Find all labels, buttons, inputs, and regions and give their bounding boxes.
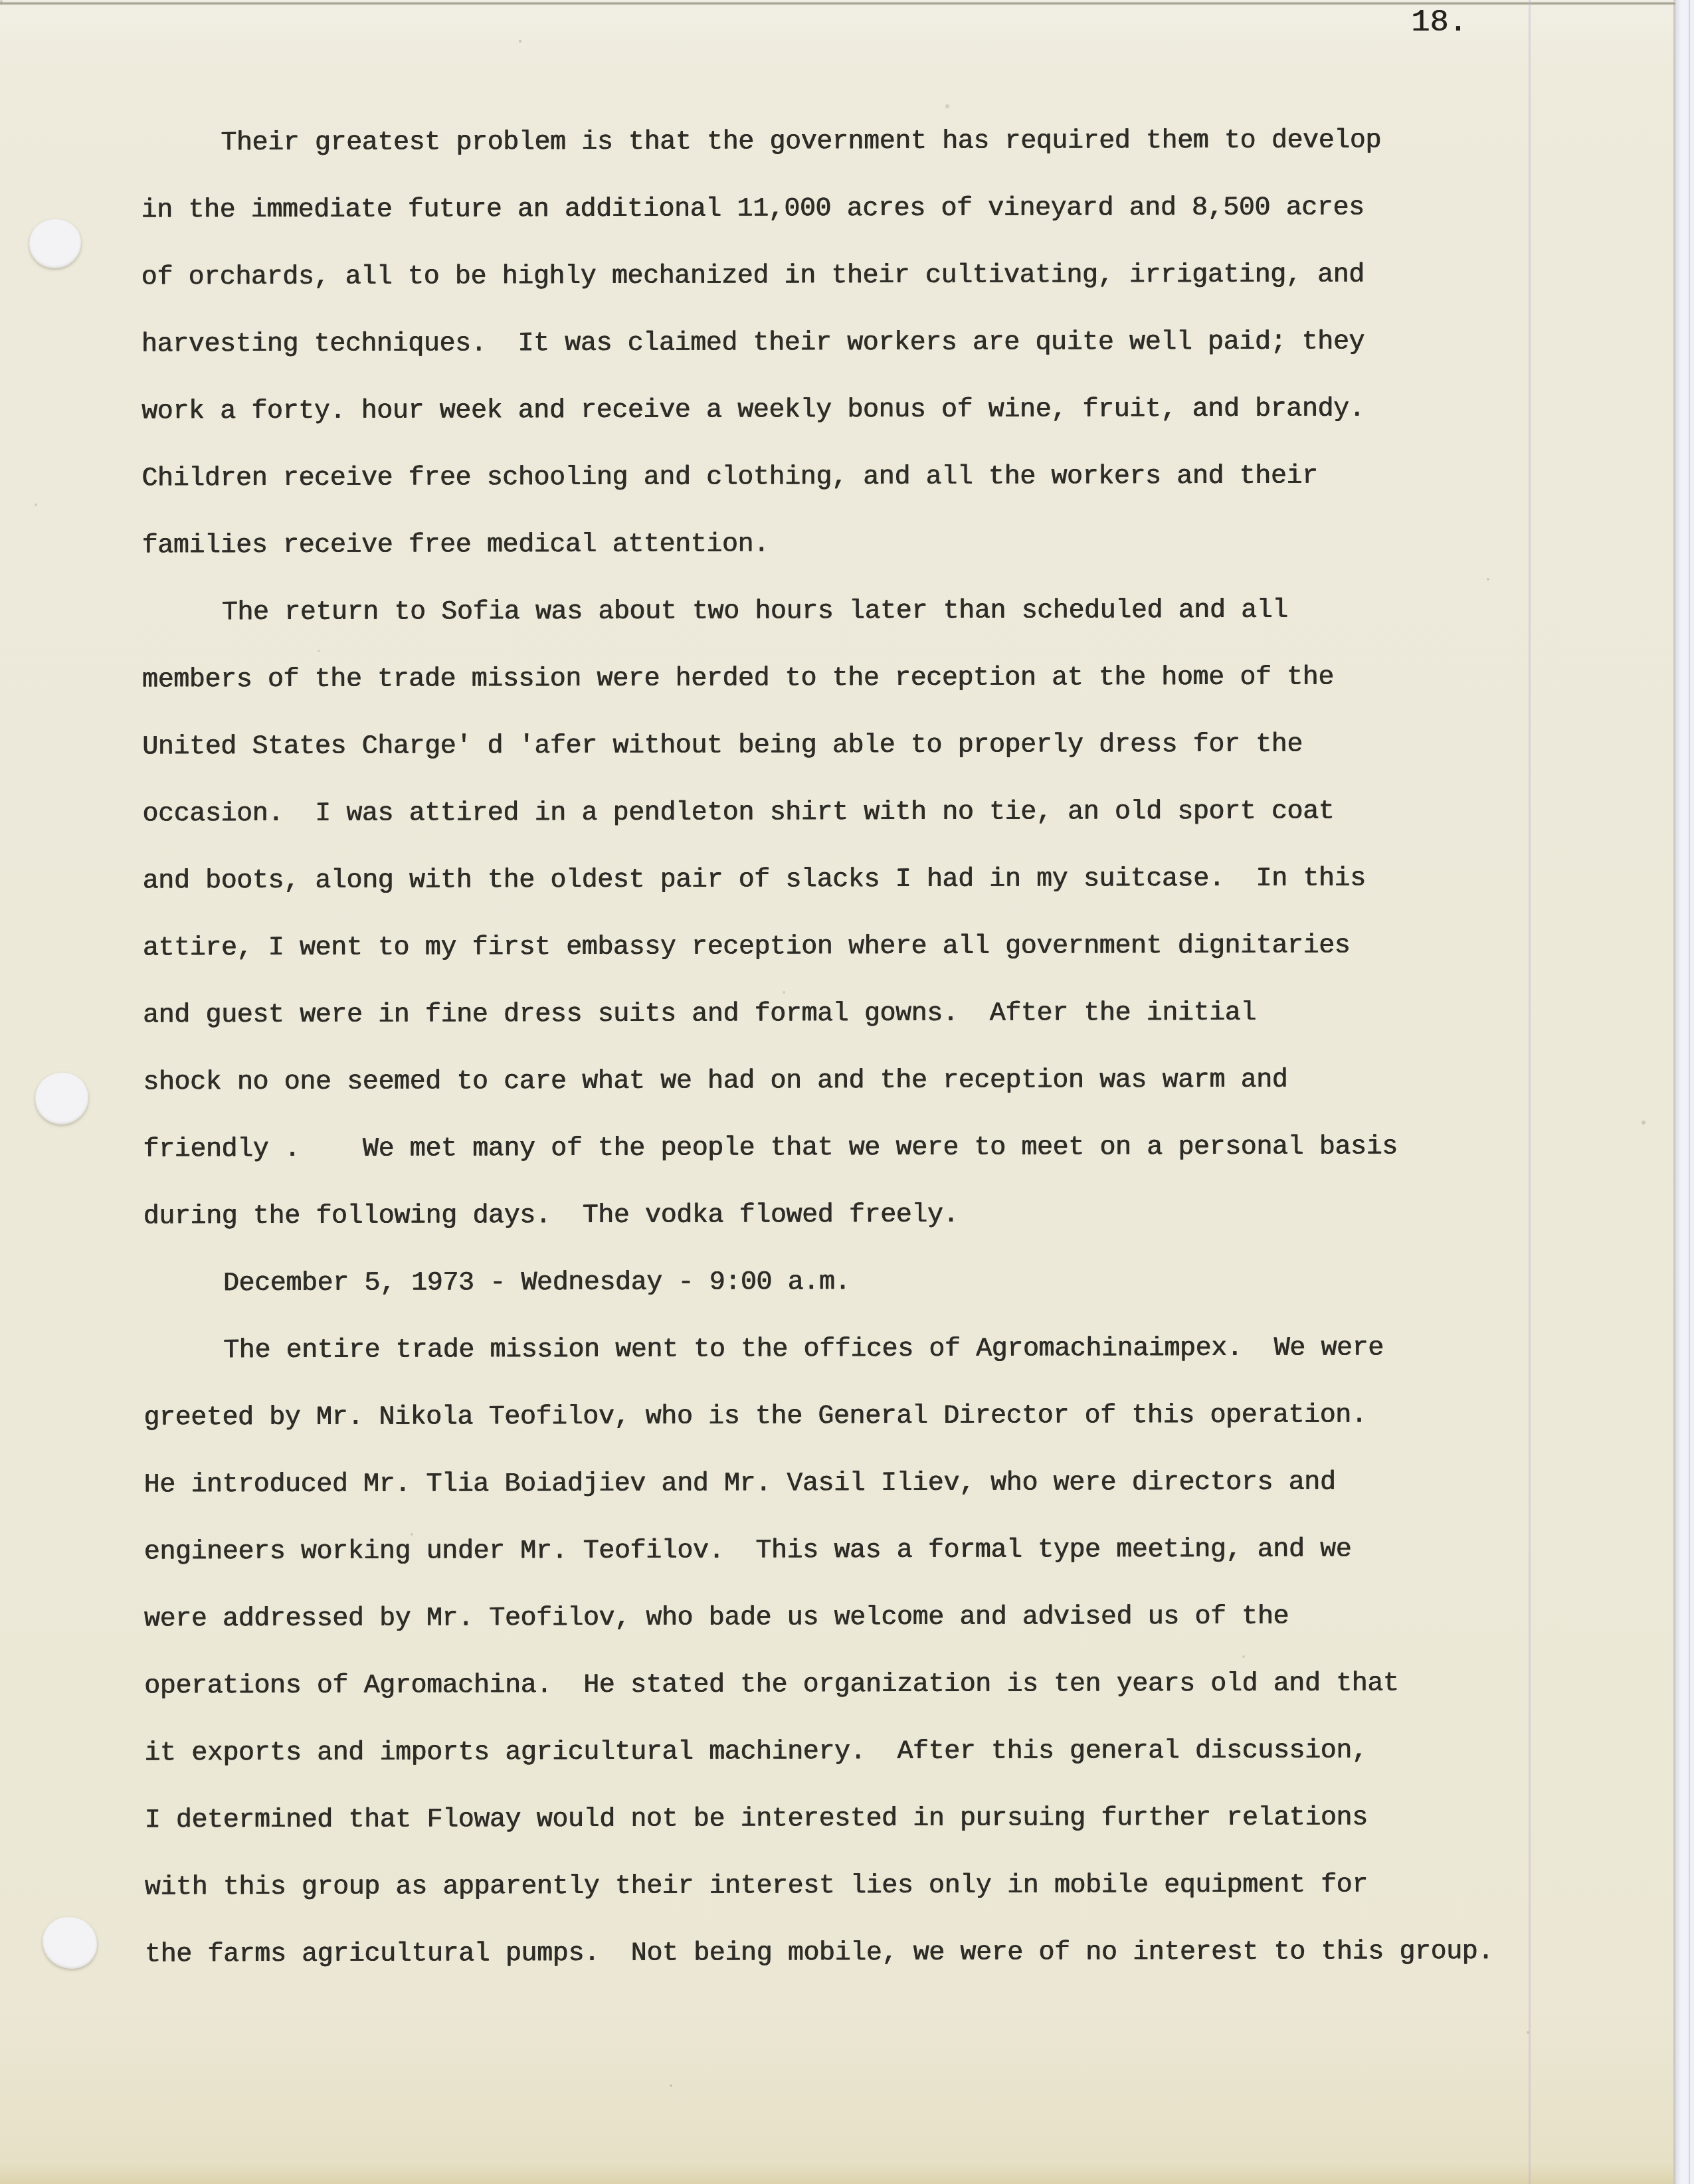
typed-line: greeted by Mr. Nikola Teofilov, who is t… [143, 1382, 1685, 1452]
typed-line: shock no one seemed to care what we had … [143, 1046, 1684, 1117]
typed-line: December 5, 1973 - Wednesday - 9:00 a.m. [143, 1247, 1685, 1318]
typed-line: families receive free medical attention. [141, 509, 1683, 580]
typed-line: during the following days. The vodka flo… [143, 1180, 1684, 1251]
typed-line: in the immediate future an additional 11… [141, 174, 1682, 244]
typed-line: attire, I went to my first embassy recep… [143, 912, 1684, 982]
typed-line: were addressed by Mr. Teofilov, who bade… [144, 1583, 1685, 1653]
typed-line: operations of Agromachina. He stated the… [144, 1650, 1685, 1720]
typed-line: harvesting techniques. It was claimed th… [141, 308, 1683, 379]
scan-speck-dots [0, 0, 3, 3]
page-number: 18. [1411, 5, 1467, 41]
paper-top-fold-line [0, 1, 1675, 5]
scanned-document: 18. Their greatest problem is that the g… [0, 0, 1694, 2184]
typed-line: with this group as apparently their inte… [145, 1851, 1686, 1922]
scanner-band-line [1689, 0, 1690, 2184]
typed-line: members of the trade mission were herded… [142, 644, 1683, 714]
typed-line: I determined that Floway would not be in… [144, 1784, 1685, 1855]
typed-line: occasion. I was attired in a pendleton s… [142, 778, 1683, 848]
typed-line: He introduced Mr. Tlia Boiadjiev and Mr.… [143, 1449, 1685, 1519]
typed-line: The entire trade mission went to the off… [143, 1315, 1685, 1385]
typed-line: and guest were in fine dress suits and f… [143, 979, 1684, 1049]
typed-line: it exports and imports agricultural mach… [144, 1717, 1685, 1787]
typed-line: Their greatest problem is that the gover… [141, 107, 1682, 177]
typed-line: work a forty. hour week and receive a we… [141, 375, 1683, 446]
scanner-background-band [1675, 0, 1694, 2184]
typed-text-block: Their greatest problem is that the gover… [141, 107, 1686, 1989]
paper-sheet: 18. Their greatest problem is that the g… [0, 0, 1675, 2184]
typed-line: United States Charge' d 'afer without be… [142, 711, 1683, 781]
typed-line: engineers working under Mr. Teofilov. Th… [143, 1516, 1685, 1586]
typed-line: of orchards, all to be highly mechanized… [141, 241, 1682, 312]
typed-line: and boots, along with the oldest pair of… [142, 845, 1683, 915]
typed-line: the farms agricultural pumps. Not being … [145, 1918, 1686, 1989]
hole-punch [43, 1917, 97, 1969]
typed-line: Children receive free schooling and clot… [141, 442, 1683, 513]
typed-line: The return to Sofia was about two hours … [142, 577, 1683, 647]
hole-punch [35, 1073, 88, 1125]
typed-line: friendly . We met many of the people tha… [143, 1113, 1684, 1184]
hole-punch [29, 219, 81, 268]
